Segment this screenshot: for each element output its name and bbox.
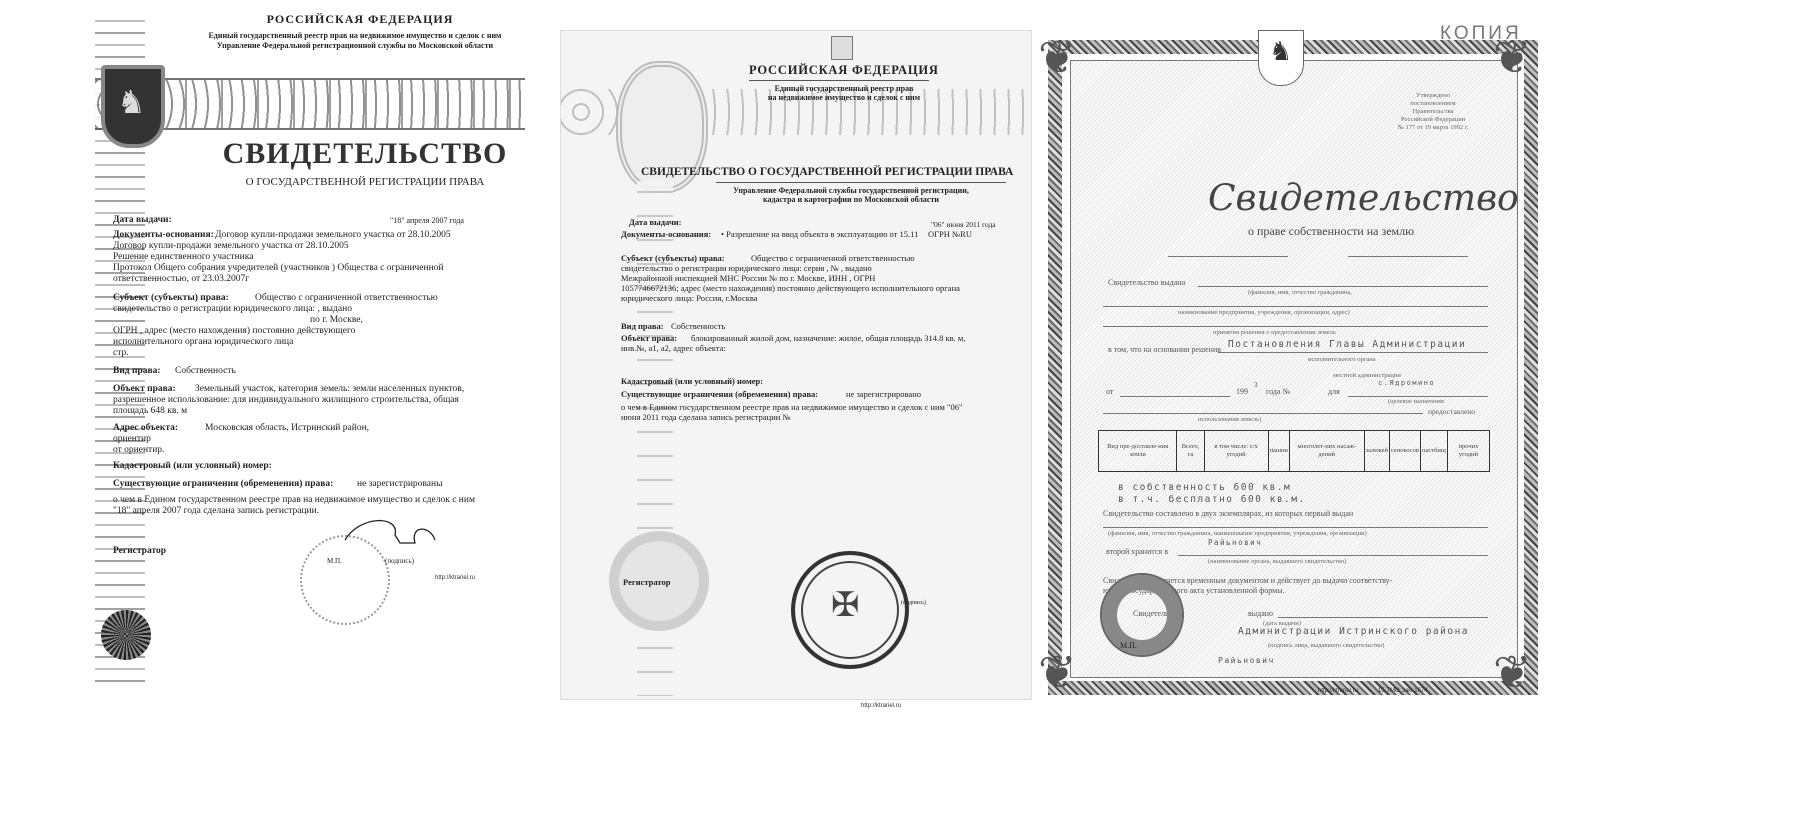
header-registry: на недвижимое имущество и сделок с ним	[749, 92, 939, 103]
official-seal-icon	[791, 551, 909, 669]
table-header: многолет-них насаж-дений	[1289, 431, 1364, 472]
encumbrance: не зарегистрированы	[357, 479, 442, 490]
handwritten-name: Райьнович	[1218, 656, 1275, 665]
basis-line: Протокол Общего собрания учредителей (уч…	[113, 263, 444, 274]
header-authority: Управление Федеральной регистрационной с…	[185, 40, 525, 51]
table-header: Вид пре-доставле-ния земли	[1099, 431, 1177, 472]
right-type: Собственность	[175, 366, 236, 377]
issued-word: выдано	[1248, 608, 1273, 619]
print-mark: 15 ТМО Зак. 1674	[1378, 688, 1428, 694]
subject-line: исполнительного органа юридического лица	[113, 337, 293, 348]
registrar-label: Регистратор	[113, 546, 166, 557]
right-type-label: Вид права:	[621, 321, 664, 332]
date-label: от	[1106, 386, 1113, 397]
fill-line	[1178, 555, 1488, 556]
basis-label: Документы-основания:	[113, 230, 214, 241]
object-line: площадь 648 кв. м	[113, 406, 187, 417]
cadastral-label: Кадастровый (или условный) номер:	[621, 376, 763, 387]
hint: (наименование органа, выдавшего свидетел…	[1208, 558, 1346, 565]
document-subtitle: о праве собственности на землю	[1248, 226, 1414, 237]
rosette-icon	[101, 610, 151, 660]
certificate-state-registration-2007: РОССИЙСКАЯ ФЕДЕРАЦИЯ Единый государствен…	[95, 10, 535, 690]
encumbrance: не зарегистрировано	[846, 389, 921, 400]
stamp-icon	[1100, 573, 1184, 657]
hint: (подпись лица, выдавшего свидетельство)	[1268, 642, 1384, 649]
basis-line: Договор купли-продажи земельного участка…	[215, 230, 451, 241]
encumbrance-label: Существующие ограничения (обременения) п…	[621, 389, 818, 400]
signature-label: (подпись)	[901, 598, 926, 609]
hint: исполнительного органа	[1308, 356, 1376, 363]
purpose-label: для	[1328, 386, 1340, 397]
table-header: Всего, га	[1177, 431, 1204, 472]
hint: (фамилия, имя, отчество гражданина,	[1248, 289, 1352, 296]
record-line: о чем в Едином государственном реестре п…	[113, 495, 475, 506]
subject-line: стр.	[113, 348, 129, 359]
fill-line	[1218, 352, 1488, 353]
document-subtitle: О ГОСУДАРСТВЕННОЙ РЕГИСТРАЦИИ ПРАВА	[205, 177, 525, 188]
cadastral-label: Кадастровый (или условный) номер:	[113, 461, 272, 472]
subject-line: ОГРН , адрес (место нахождения) постоянн…	[113, 326, 355, 337]
provided-label: предоставлено	[1428, 406, 1475, 417]
stamp-icon	[300, 535, 390, 625]
acanthus-corner-icon: ❦	[1038, 30, 1077, 84]
double-headed-eagle-icon	[831, 36, 853, 60]
moscow-coat-of-arms-icon	[1258, 30, 1304, 86]
hint: местной администрации	[1333, 372, 1401, 379]
divider	[749, 80, 929, 81]
approval-line: Утверждено	[1378, 92, 1488, 99]
fill-line	[1278, 617, 1488, 618]
table-header: сенокосов	[1389, 431, 1420, 472]
table-header: пастбищ	[1421, 431, 1448, 472]
second-copy-label: второй хранится в	[1106, 546, 1168, 557]
handwritten-admin: Администрации Истринского района	[1238, 626, 1469, 637]
hint: использования земель)	[1198, 416, 1261, 423]
document-title: Свидетельство	[1208, 178, 1519, 219]
registrar-label: Регистратор	[623, 577, 670, 588]
fill-line	[1348, 256, 1468, 257]
address: Московская область, Истринский район,	[205, 423, 369, 434]
moscow-coat-of-arms-icon	[101, 65, 165, 148]
basis-line: Решение единственного участника	[113, 252, 253, 263]
decision-label: в том, что на основании решения	[1108, 344, 1221, 355]
url: http://ktrariel.ru	[861, 703, 901, 709]
address-extra: ориентир	[113, 434, 151, 445]
approval-line: № 177 от 19 марта 1992 г.	[1378, 124, 1488, 131]
subject-line: свидетельство о регистрации юридического…	[113, 304, 352, 315]
hint: наименование предприятия, учреждения, ор…	[1178, 309, 1350, 316]
object-line: разрешенное использование: для индивидуа…	[113, 395, 459, 406]
issue-date: "18" апреля 2007 года	[390, 215, 464, 226]
record-line: июня 2011 года сделана запись регистраци…	[621, 412, 791, 423]
right-type-label: Вид права:	[113, 366, 161, 377]
authority: кадастра и картографии по Московской обл…	[701, 194, 1001, 205]
year-prefix: 199	[1236, 386, 1248, 397]
table-header: в том числе: с/х угодий	[1204, 431, 1268, 472]
url: http://ktrariel.ru	[1318, 688, 1358, 694]
object-line: инв.№, а1, а2, адрес объекта:	[621, 343, 726, 354]
address-extra: от ориентир.	[113, 445, 164, 456]
table-header: залежей	[1364, 431, 1389, 472]
land-table: Вид пре-доставле-ния земли Всего, га в т…	[1098, 430, 1490, 472]
acanthus-corner-icon: ❦	[1493, 645, 1532, 699]
acanthus-corner-icon: ❦	[1038, 645, 1077, 699]
table-header: пашни	[1268, 431, 1289, 472]
header-country: РОССИЙСКАЯ ФЕДЕРАЦИЯ	[749, 65, 939, 76]
issue-date-label: Дата выдачи:	[629, 217, 682, 228]
fill-line	[1103, 326, 1488, 327]
hint: принятия решения о предоставлении земель	[1213, 329, 1336, 336]
object-line: блокированный жилой дом, назначение: жил…	[691, 333, 965, 344]
fill-line	[1198, 286, 1488, 287]
signature-label: (подпись)	[385, 556, 414, 567]
document-title: СВИДЕТЕЛЬСТВО	[205, 138, 525, 170]
record-line: "18" апреля 2007 года сделана запись рег…	[113, 506, 319, 517]
approval-line: постановлением	[1378, 100, 1488, 107]
handwritten-decision: Постановления Главы Администрации	[1228, 339, 1466, 350]
basis-line: ответственностью, от 23.03.2007г	[113, 274, 249, 285]
acanthus-corner-icon: ❦	[1493, 30, 1532, 84]
fill-line	[1348, 396, 1488, 397]
approval-line: Российской Федерации	[1378, 116, 1488, 123]
hint: (фамилия, имя, отчество гражданина, наим…	[1108, 530, 1367, 537]
document-title: СВИДЕТЕЛЬСТВО О ГОСУДАРСТВЕННОЙ РЕГИСТРА…	[641, 167, 1013, 178]
handwritten-area: в собственность 600 кв.м	[1118, 482, 1291, 493]
handwritten-location: с.Ядромино	[1378, 379, 1435, 387]
url: http://ktrariel.ru	[435, 575, 475, 581]
fill-line	[1103, 527, 1488, 528]
header-country: РОССИЙСКАЯ ФЕДЕРАЦИЯ	[195, 14, 525, 25]
table-header: прочих угодий	[1447, 431, 1489, 472]
fill-line	[1120, 396, 1230, 397]
certificate-state-registration-2011: РОССИЙСКАЯ ФЕДЕРАЦИЯ Единый государствен…	[560, 30, 1032, 700]
fill-line	[1103, 413, 1423, 414]
hint: (целевое назначение	[1388, 398, 1445, 405]
stamp-label: М.П.	[327, 556, 342, 567]
object-line: Земельный участок, категория земель: зем…	[195, 384, 464, 395]
fill-line	[1168, 256, 1288, 257]
issued-to-label: Свидетельство выдано	[1108, 277, 1186, 288]
handwritten-area: в т.ч. бесплатно 600 кв.м.	[1118, 494, 1306, 505]
fill-line	[1103, 306, 1488, 307]
divider	[716, 182, 1006, 183]
subject-label: Субъект (субъекты) права:	[113, 293, 229, 304]
subject-line: по г. Москве,	[310, 315, 363, 326]
year-word: года №	[1266, 386, 1290, 397]
subject-line: Общество с ограниченной ответственностью	[255, 293, 438, 304]
copies-line: Свидетельство составлено в двух экземпля…	[1103, 508, 1353, 519]
stamp-label: М.П.	[1120, 640, 1137, 651]
right-type: Собственность	[671, 321, 725, 332]
object-label: Объект права:	[113, 384, 176, 395]
handwritten-owner: Райьнович	[1208, 538, 1262, 547]
basis-line: Договор купли-продажи земельного участка…	[113, 241, 349, 252]
subject-line: юридического лица: Россия, г.Москва	[621, 293, 758, 304]
certificate-land-ownership: ❦ ❦ ❦ ❦ Утверждено постановлением Правит…	[1048, 30, 1548, 698]
encumbrance-label: Существующие ограничения (обременения) п…	[113, 479, 333, 490]
basis-label: Документы-основания:	[621, 229, 711, 240]
approval-line: Правительства	[1378, 108, 1488, 115]
issue-date-label: Дата выдачи:	[113, 215, 172, 226]
address-label: Адрес объекта:	[113, 423, 178, 434]
year-suffix: 3	[1254, 380, 1258, 391]
basis-code: ОГРН №RU	[928, 229, 972, 240]
basis: • Разрешение на ввод объекта в эксплуата…	[721, 229, 918, 240]
